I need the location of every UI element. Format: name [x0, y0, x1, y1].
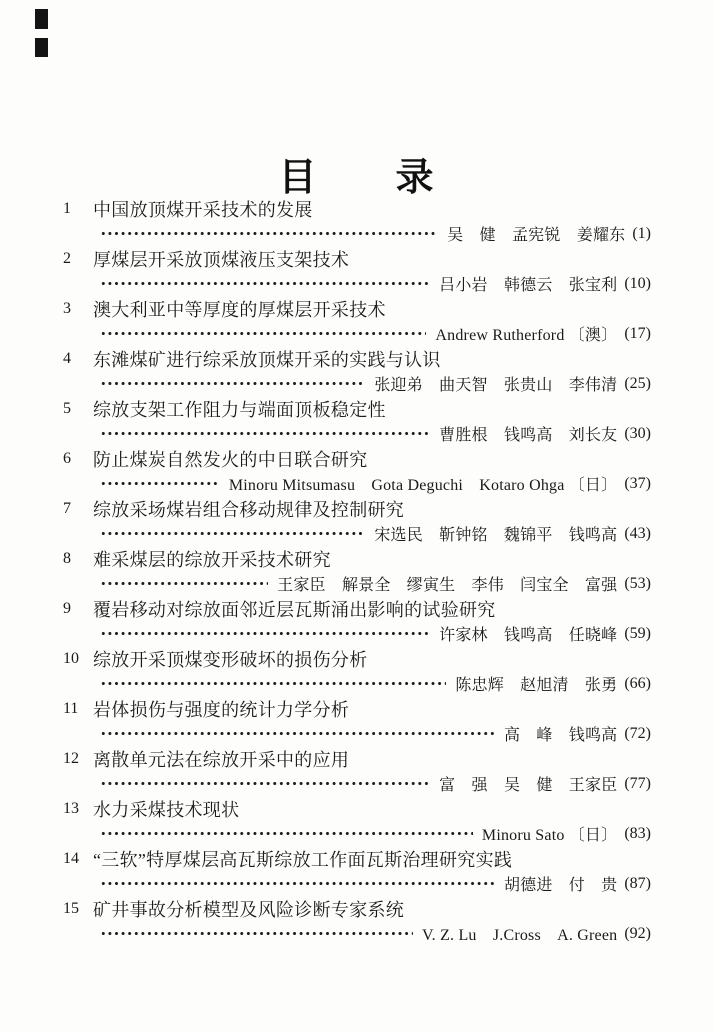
entry-authors: 许家林 钱鸣高 任晓峰 — [439, 622, 617, 645]
entry-number: 11 — [63, 700, 93, 718]
entry-page-number: (10) — [624, 275, 651, 293]
entry-title: 厚煤层开采放顶煤液压支架技术 — [93, 246, 349, 272]
toc-entry: 13 水力采煤技术现状 Minoru Sato 〔日〕 (83) — [63, 796, 651, 846]
dot-leader — [100, 321, 426, 346]
entry-number: 7 — [63, 500, 93, 518]
entry-title-row: 12 离散单元法在综放开采中的应用 — [63, 746, 651, 771]
entry-author-row: 张迎弟 曲天智 张贵山 李伟清 (25) — [63, 371, 651, 396]
entry-author-row: 富 强 吴 健 王家臣 (77) — [63, 771, 651, 796]
entry-title: 矿井事故分析模型及风险诊断专家系统 — [93, 896, 404, 922]
toc-entry: 2 厚煤层开采放顶煤液压支架技术 吕小岩 韩德云 张宝利 (10) — [63, 246, 651, 296]
entry-author-row: V. Z. Lu J.Cross A. Green (92) — [63, 921, 651, 946]
dot-leader — [100, 921, 413, 946]
entry-page-number: (17) — [624, 325, 651, 343]
table-of-contents: 1 中国放顶煤开采技术的发展 吴 健 孟宪锐 姜耀东 (1) 2 厚煤层开采放顶… — [63, 196, 651, 946]
entry-page-number: (92) — [624, 925, 651, 943]
entry-title-row: 6 防止煤炭自然发火的中日联合研究 — [63, 446, 651, 471]
entry-author-row: 胡德进 付 贵 (87) — [63, 871, 651, 896]
entry-title-row: 7 综放采场煤岩组合移动规律及控制研究 — [63, 496, 651, 521]
entry-title-row: 2 厚煤层开采放顶煤液压支架技术 — [63, 246, 651, 271]
entry-author-row: 曹胜根 钱鸣高 刘长友 (30) — [63, 421, 651, 446]
entry-title: 综放采场煤岩组合移动规律及控制研究 — [93, 496, 404, 522]
dot-leader — [100, 671, 446, 696]
entry-title-row: 8 难采煤层的综放开采技术研究 — [63, 546, 651, 571]
toc-entry: 8 难采煤层的综放开采技术研究 王家臣 解景全 缪寅生 李伟 闫宝全 富强 (5… — [63, 546, 651, 596]
entry-authors: Minoru Mitsumasu Gota Deguchi Kotaro Ohg… — [229, 472, 618, 495]
entry-authors: 陈忠辉 赵旭清 张勇 — [455, 672, 617, 695]
toc-entry: 12 离散单元法在综放开采中的应用 富 强 吴 健 王家臣 (77) — [63, 746, 651, 796]
entry-number: 6 — [63, 450, 93, 468]
scan-artifact-mark — [35, 38, 48, 57]
entry-author-row: 吕小岩 韩德云 张宝利 (10) — [63, 271, 651, 296]
entry-title: 澳大利亚中等厚度的厚煤层开采技术 — [93, 296, 386, 322]
entry-number: 5 — [63, 400, 93, 418]
dot-leader — [100, 721, 495, 746]
page-title: 目 录 — [0, 146, 713, 201]
entry-page-number: (1) — [632, 225, 651, 243]
entry-author-row: 王家臣 解景全 缪寅生 李伟 闫宝全 富强 (53) — [63, 571, 651, 596]
entry-title-row: 10 综放开采顶煤变形破坏的损伤分析 — [63, 646, 651, 671]
entry-title-row: 14 “三软”特厚煤层高瓦斯综放工作面瓦斯治理研究实践 — [63, 846, 651, 871]
entry-title: 难采煤层的综放开采技术研究 — [93, 546, 331, 572]
entry-title: 水力采煤技术现状 — [93, 796, 239, 822]
entry-authors: 曹胜根 钱鸣高 刘长友 — [439, 422, 617, 445]
entry-title: 中国放顶煤开采技术的发展 — [93, 196, 313, 222]
dot-leader — [100, 821, 473, 846]
entry-number: 9 — [63, 600, 93, 618]
entry-number: 14 — [63, 850, 93, 868]
entry-number: 1 — [63, 200, 93, 218]
entry-number: 4 — [63, 350, 93, 368]
entry-title-row: 13 水力采煤技术现状 — [63, 796, 651, 821]
entry-title-row: 1 中国放顶煤开采技术的发展 — [63, 196, 651, 221]
dot-leader — [100, 421, 430, 446]
entry-page-number: (66) — [624, 675, 651, 693]
entry-page-number: (83) — [624, 825, 651, 843]
dot-leader — [100, 221, 438, 246]
entry-page-number: (53) — [624, 575, 651, 593]
entry-page-number: (25) — [624, 375, 651, 393]
toc-entry: 15 矿井事故分析模型及风险诊断专家系统 V. Z. Lu J.Cross A.… — [63, 896, 651, 946]
entry-number: 3 — [63, 300, 93, 318]
entry-title: 综放开采顶煤变形破坏的损伤分析 — [93, 646, 368, 672]
entry-title: 综放支架工作阻力与端面顶板稳定性 — [93, 396, 386, 422]
entry-page-number: (87) — [624, 875, 651, 893]
entry-page-number: (77) — [624, 775, 651, 793]
entry-number: 13 — [63, 800, 93, 818]
entry-number: 2 — [63, 250, 93, 268]
entry-title: 覆岩移动对综放面邻近层瓦斯涌出影响的试验研究 — [93, 596, 496, 622]
entry-title-row: 15 矿井事故分析模型及风险诊断专家系统 — [63, 896, 651, 921]
entry-title: 防止煤炭自然发火的中日联合研究 — [93, 446, 368, 472]
entry-authors: 宋选民 靳钟铭 魏锦平 钱鸣高 — [374, 522, 617, 545]
entry-authors: 王家臣 解景全 缪寅生 李伟 闫宝全 富强 — [277, 572, 617, 595]
toc-entry: 10 综放开采顶煤变形破坏的损伤分析 陈忠辉 赵旭清 张勇 (66) — [63, 646, 651, 696]
entry-title-row: 4 东滩煤矿进行综采放顶煤开采的实践与认识 — [63, 346, 651, 371]
dot-leader — [100, 521, 365, 546]
entry-author-row: Minoru Sato 〔日〕 (83) — [63, 821, 651, 846]
entry-authors: 高 峰 钱鸣高 — [504, 722, 617, 745]
scanned-toc-page: 目 录 1 中国放顶煤开采技术的发展 吴 健 孟宪锐 姜耀东 (1) 2 厚煤层… — [0, 0, 713, 1032]
toc-entry: 1 中国放顶煤开采技术的发展 吴 健 孟宪锐 姜耀东 (1) — [63, 196, 651, 246]
entry-title: “三软”特厚煤层高瓦斯综放工作面瓦斯治理研究实践 — [93, 846, 512, 872]
entry-number: 10 — [63, 650, 93, 668]
entry-title-row: 9 覆岩移动对综放面邻近层瓦斯涌出影响的试验研究 — [63, 596, 651, 621]
entry-page-number: (59) — [624, 625, 651, 643]
toc-entry: 7 综放采场煤岩组合移动规律及控制研究 宋选民 靳钟铭 魏锦平 钱鸣高 (43) — [63, 496, 651, 546]
entry-title-row: 3 澳大利亚中等厚度的厚煤层开采技术 — [63, 296, 651, 321]
entry-page-number: (72) — [624, 725, 651, 743]
entry-authors: Andrew Rutherford 〔澳〕 — [435, 322, 617, 345]
dot-leader — [100, 471, 220, 496]
entry-authors: V. Z. Lu J.Cross A. Green — [422, 922, 617, 945]
entry-title: 东滩煤矿进行综采放顶煤开采的实践与认识 — [93, 346, 441, 372]
entry-author-row: 许家林 钱鸣高 任晓峰 (59) — [63, 621, 651, 646]
entry-title-row: 11 岩体损伤与强度的统计力学分析 — [63, 696, 651, 721]
entry-page-number: (43) — [624, 525, 651, 543]
entry-authors: Minoru Sato 〔日〕 — [482, 822, 617, 845]
entry-title-row: 5 综放支架工作阻力与端面顶板稳定性 — [63, 396, 651, 421]
toc-entry: 3 澳大利亚中等厚度的厚煤层开采技术 Andrew Rutherford 〔澳〕… — [63, 296, 651, 346]
toc-entry: 6 防止煤炭自然发火的中日联合研究 Minoru Mitsumasu Gota … — [63, 446, 651, 496]
scan-artifact-mark — [35, 9, 48, 29]
entry-number: 12 — [63, 750, 93, 768]
entry-number: 15 — [63, 900, 93, 918]
dot-leader — [100, 371, 365, 396]
entry-author-row: 宋选民 靳钟铭 魏锦平 钱鸣高 (43) — [63, 521, 651, 546]
entry-author-row: 陈忠辉 赵旭清 张勇 (66) — [63, 671, 651, 696]
dot-leader — [100, 871, 495, 896]
entry-authors: 吴 健 孟宪锐 姜耀东 — [447, 222, 625, 245]
entry-number: 8 — [63, 550, 93, 568]
entry-page-number: (37) — [624, 475, 651, 493]
entry-author-row: Minoru Mitsumasu Gota Deguchi Kotaro Ohg… — [63, 471, 651, 496]
toc-entry: 4 东滩煤矿进行综采放顶煤开采的实践与认识 张迎弟 曲天智 张贵山 李伟清 (2… — [63, 346, 651, 396]
toc-entry: 5 综放支架工作阻力与端面顶板稳定性 曹胜根 钱鸣高 刘长友 (30) — [63, 396, 651, 446]
toc-entry: 11 岩体损伤与强度的统计力学分析 高 峰 钱鸣高 (72) — [63, 696, 651, 746]
dot-leader — [100, 571, 268, 596]
entry-title: 岩体损伤与强度的统计力学分析 — [93, 696, 349, 722]
entry-author-row: 高 峰 钱鸣高 (72) — [63, 721, 651, 746]
entry-author-row: 吴 健 孟宪锐 姜耀东 (1) — [63, 221, 651, 246]
dot-leader — [100, 621, 430, 646]
toc-entry: 9 覆岩移动对综放面邻近层瓦斯涌出影响的试验研究 许家林 钱鸣高 任晓峰 (59… — [63, 596, 651, 646]
dot-leader — [100, 271, 430, 296]
entry-authors: 富 强 吴 健 王家臣 — [439, 772, 617, 795]
entry-title: 离散单元法在综放开采中的应用 — [93, 746, 349, 772]
entry-authors: 吕小岩 韩德云 张宝利 — [439, 272, 617, 295]
entry-authors: 张迎弟 曲天智 张贵山 李伟清 — [374, 372, 617, 395]
dot-leader — [100, 771, 430, 796]
entry-author-row: Andrew Rutherford 〔澳〕 (17) — [63, 321, 651, 346]
entry-page-number: (30) — [624, 425, 651, 443]
entry-authors: 胡德进 付 贵 — [504, 872, 617, 895]
toc-entry: 14 “三软”特厚煤层高瓦斯综放工作面瓦斯治理研究实践 胡德进 付 贵 (87) — [63, 846, 651, 896]
